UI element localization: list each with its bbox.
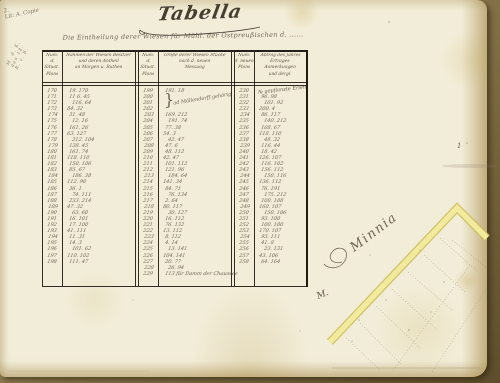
river-label: Minnia	[347, 210, 401, 256]
row-number: 204	[137, 118, 158, 124]
title-block: Tabella	[130, 2, 270, 24]
row-value: 64. 164	[253, 259, 280, 265]
group2-rows: 199191. 18200201202203169. 212204191. 74…	[138, 88, 231, 277]
row-number: 238	[233, 137, 254, 143]
row-number: 176	[41, 125, 62, 131]
row-value: 26. 94	[157, 265, 184, 271]
header-line: Plans	[138, 72, 158, 78]
row-value: 74. 111	[61, 192, 91, 198]
header-line: d. Situat.	[42, 59, 62, 71]
group3-rows: 23023196. 98232101. 92233200. 423486. 11…	[234, 88, 305, 265]
row-number: 198	[41, 259, 62, 265]
table-row: 229113 für Damm der Chaussee	[138, 271, 231, 277]
row-value: 160. 107	[253, 204, 281, 210]
row-value: 108. 67	[253, 125, 280, 131]
row-value: 84. 71	[157, 186, 181, 192]
row-number: 235	[233, 118, 254, 124]
page-subtitle: Die Eintheilung derer Wiesen für Mühl. d…	[55, 30, 311, 42]
header-line: Anmerkungen	[255, 65, 305, 71]
paper-sheet: 2. Lit: A. Copie M. d. K.den 18.R. v. B.…	[0, 0, 487, 377]
table-bottom-border	[42, 286, 308, 288]
table-row: 25864. 164	[234, 259, 305, 265]
row-number: 205	[137, 125, 158, 131]
sep1-rule-a	[135, 50, 136, 287]
row-number: 186	[41, 186, 62, 192]
row-number: 228	[138, 265, 159, 271]
row-number: 189	[42, 204, 63, 210]
table-row: 198111. 47	[42, 259, 135, 265]
sep2-rule-a	[231, 50, 232, 287]
row-number: 217	[137, 198, 158, 204]
row-value: 111. 47	[61, 259, 88, 265]
row-value: 80. 117	[157, 204, 182, 210]
row-value: 212. 104	[61, 137, 94, 143]
row-value: 36. 1	[61, 186, 82, 192]
row-value: 47. 32	[61, 204, 83, 210]
row-number: 185	[41, 179, 62, 185]
row-value: 233. 214	[61, 198, 91, 204]
row-number: 196	[41, 246, 62, 252]
row-number: 177	[41, 131, 62, 137]
scanned-document-page: 2. Lit: A. Copie M. d. K.den 18.R. v. B.…	[0, 0, 500, 383]
row-number: 257	[233, 253, 254, 259]
row-number: 218	[138, 204, 159, 210]
header-line: Plans	[234, 65, 254, 71]
row-number: 227	[137, 259, 158, 265]
archival-corner-note: 2. Lit: A. Copie	[3, 2, 39, 21]
row-value: 13. 141	[157, 246, 187, 252]
row-number: 197	[41, 253, 62, 259]
row-value: 191. 74	[157, 118, 187, 124]
page-title: Tabella	[128, 0, 273, 26]
row-number: 226	[137, 253, 158, 259]
row-value: 175. 212	[253, 192, 286, 198]
header-line: Abtrag des Jahres Ertrages	[255, 53, 305, 65]
row-value: 42. 47	[157, 137, 184, 143]
row-value: 110. 102	[61, 253, 89, 259]
row-number: 247	[233, 192, 254, 198]
row-value: 76. 134	[157, 192, 187, 198]
group3-number-header: Num.d. neuenPlans	[234, 53, 254, 82]
row-value: 136. 112	[253, 179, 281, 185]
group1-number-header: Num.d. Situat.Plans	[42, 53, 62, 82]
row-value: 2. 64	[157, 198, 178, 204]
row-value: 140. 212	[253, 118, 286, 124]
row-value: 23. 131	[253, 246, 283, 252]
row-number: 229	[137, 271, 158, 277]
row-value: 43. 106	[253, 253, 278, 259]
row-number: 215	[137, 186, 158, 192]
header-line: Plans	[42, 72, 62, 78]
header-rule-2	[42, 85, 308, 86]
row-number: 258	[233, 259, 254, 265]
row-number: 216	[137, 192, 158, 198]
row-number: 237	[233, 131, 254, 137]
row-number: 249	[234, 204, 255, 210]
row-number: 178	[41, 137, 62, 143]
group2-value-header: Größe derer Wiesen Stückenach d. neuenMe…	[159, 53, 230, 82]
header-line: d. Situat.	[138, 59, 158, 71]
header-line: Messung	[159, 65, 230, 71]
row-value: 101. 62	[61, 246, 91, 252]
group1-rows: 17019. 17017111 6. 45172116. 6417384. 32…	[42, 88, 135, 265]
row-number: 206	[137, 131, 158, 137]
row-value: 118. 110	[253, 131, 281, 137]
row-value: 20. 77	[157, 259, 181, 265]
table-top-border	[42, 50, 308, 52]
row-number: 245	[233, 179, 254, 185]
row-value: 112. 90	[61, 179, 86, 185]
diagonal-side-note: M. d. K.den 18.R. v. B.	[6, 41, 31, 71]
river-label-flourish	[324, 248, 347, 268]
row-number: 246	[233, 186, 254, 192]
parcel-boundary-lines	[346, 238, 487, 372]
row-value: 54. 3	[157, 131, 176, 137]
fold-smudge	[442, 164, 498, 168]
row-number: 187	[41, 192, 62, 198]
row-value: 12. 16	[61, 118, 88, 124]
row-number: 175	[41, 118, 62, 124]
row-value: 141. 34	[157, 179, 182, 185]
row-number: 248	[233, 198, 254, 204]
group1-value-header: Nahmen der Wiesen Besitzerund deren Anth…	[63, 53, 134, 82]
row-number: 214	[137, 179, 158, 185]
road-band	[330, 208, 487, 342]
row-number: 207	[137, 137, 158, 143]
row-value: 113 für Damm der Chaussee	[157, 271, 238, 277]
row-number: 225	[137, 246, 158, 252]
header-rule-1	[42, 82, 308, 83]
row-value: 161. 26	[61, 125, 88, 131]
row-number: 236	[233, 125, 254, 131]
group2-number-header: Num.d. Situat.Plans	[138, 53, 158, 82]
site-mark: M.	[314, 288, 330, 302]
row-value: 48. 32	[253, 137, 280, 143]
header-line: und dergl.	[255, 72, 305, 78]
row-number: 188	[41, 198, 62, 204]
tabella-table: Num.d. Situat.Plans Nahmen der Wiesen Be…	[42, 50, 308, 287]
row-value: 63. 127	[61, 131, 86, 137]
road-band-edge	[330, 208, 487, 342]
row-value: 100. 108	[253, 198, 283, 204]
header-line: an Morgen u. Ruthen	[63, 65, 134, 71]
row-value: 76. 191	[253, 186, 280, 192]
group3-value-header: Abtrag des Jahres ErtragesAnmerkungenund…	[255, 53, 305, 82]
floating-mark: 1	[457, 142, 461, 150]
row-number: 256	[233, 246, 254, 252]
row-value: 77. 38	[157, 125, 181, 131]
row-value: 104. 141	[157, 253, 185, 259]
